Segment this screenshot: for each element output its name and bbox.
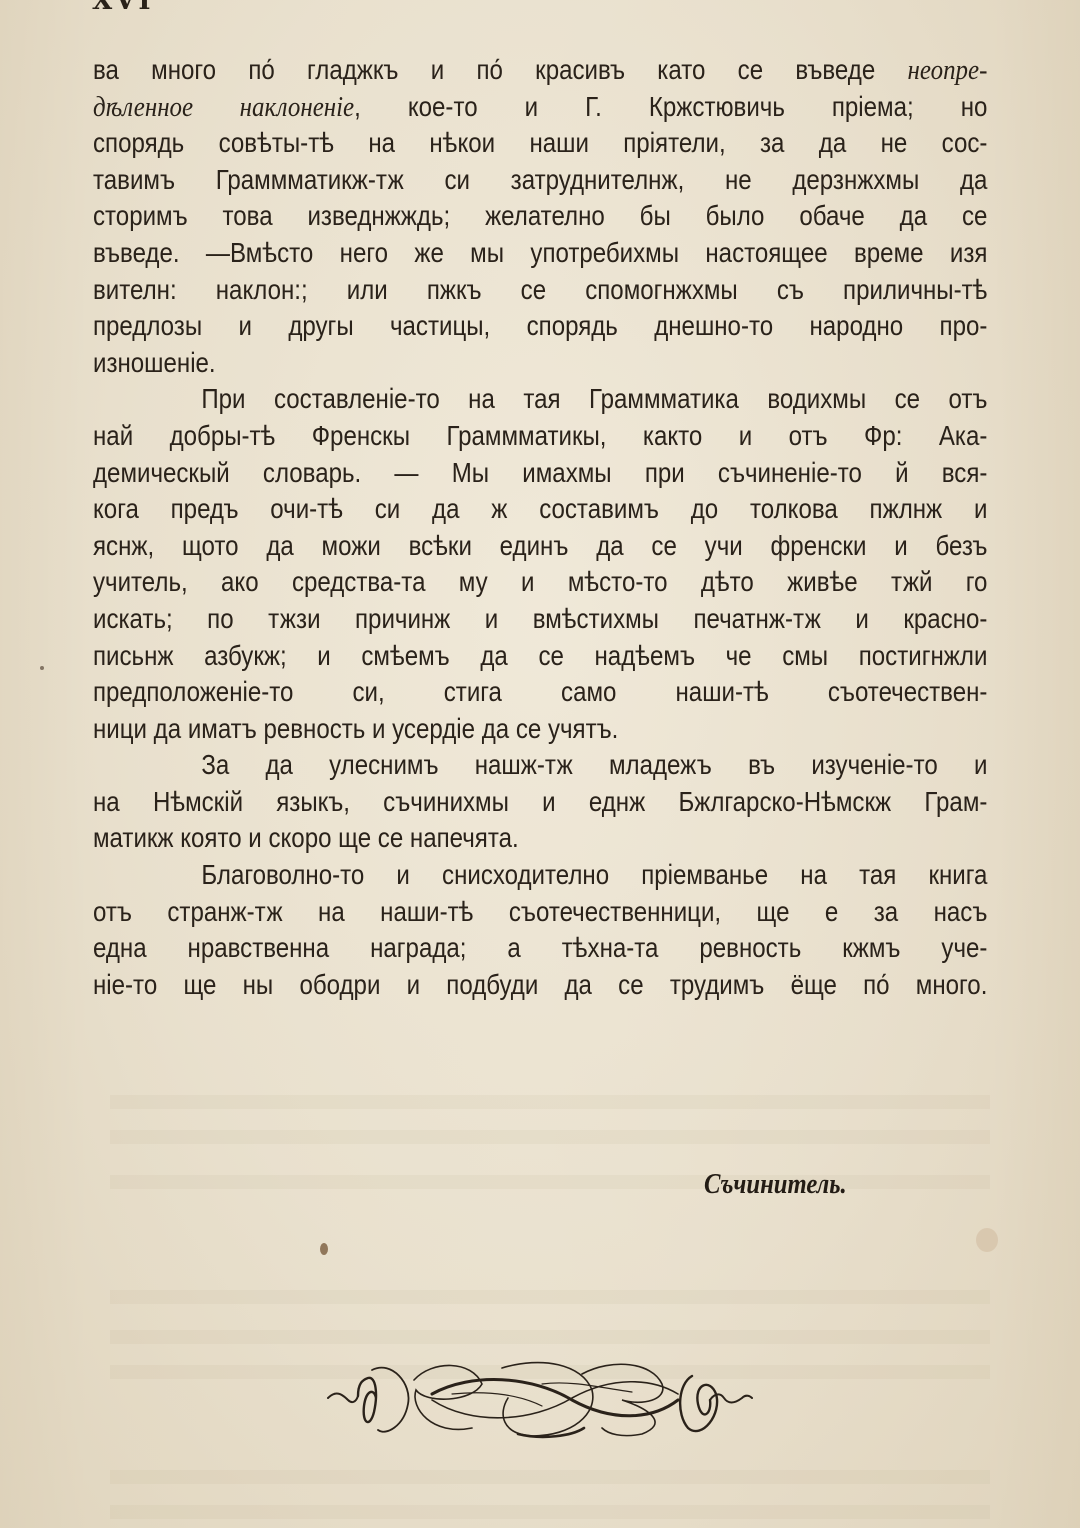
show-through-text	[110, 1330, 990, 1344]
paper-stain	[976, 1228, 998, 1252]
text-line: тавимъ Граммматикж-тж си затруднителнж, …	[93, 162, 987, 199]
show-through-text	[110, 1290, 990, 1304]
text-line: ва много по́ гладжкъ и по́ красивъ като …	[93, 52, 987, 89]
text-line: учитель, ако средства-та му и мѣсто-то д…	[93, 564, 987, 601]
preface-body-text: ва много по́ гладжкъ и по́ красивъ като …	[93, 52, 987, 1003]
text-line: предлозы и другы частицы, спорядь днешно…	[93, 308, 987, 345]
show-through-text	[110, 1130, 990, 1144]
book-page: XVI ва много по́ гладжкъ и по́ красивъ к…	[0, 0, 1080, 1528]
text-line: кога предъ очи-тѣ си да ж составимъ до т…	[93, 491, 987, 528]
show-through-text	[110, 1470, 990, 1484]
text-line: вителн: наклон:; или пжкъ се спомогнжхмы…	[93, 272, 987, 309]
author-signature: Съчинитель.	[704, 1168, 847, 1201]
text-line: За да улеснимъ нашж-тж младежъ въ изучен…	[93, 747, 987, 784]
show-through-text	[110, 1095, 990, 1109]
text-line: ници да иматъ ревность и усердіе да се у…	[93, 711, 987, 748]
text-line: искать; по тжзи причинж и вмѣстихмы печа…	[93, 601, 987, 638]
text-line: При составленіе-то на тая Граммматика во…	[93, 381, 987, 418]
decorative-scroll-flourish-icon	[322, 1354, 754, 1440]
text-line: демическый словарь. — Мы имахмы при съчи…	[93, 455, 987, 492]
text-line: една нравственна награда; а тѣхна-та рев…	[93, 930, 987, 967]
text-line: письнж азбукж; и смѣемъ да се надѣемъ че…	[93, 638, 987, 675]
paper-speck	[40, 666, 44, 670]
text-line: изношеніе.	[93, 345, 987, 382]
text-line: сторимъ това изведнжждь; желателно бы бы…	[93, 198, 987, 235]
paper-stain	[320, 1243, 328, 1255]
text-line: най добры-тѣ Френскы Граммматикы, както …	[93, 418, 987, 455]
text-line: на Нѣмскій языкъ, съчинихмы и еднж Бжлга…	[93, 784, 987, 821]
text-line: Благоволно-то и снисходително пріемванье…	[93, 857, 987, 894]
page-number: XVI	[92, 0, 154, 16]
text-line: матикж която и скоро ще се напечята.	[93, 820, 987, 857]
text-line: спорядь совѣты-тѣ на нѣкои наши пріятели…	[93, 125, 987, 162]
text-line: ніе-то ще ны ободри и подбуди да се труд…	[93, 967, 987, 1004]
text-line: яснж, щото да можи всѣки единъ да се учи…	[93, 528, 987, 565]
text-line: дѣленное наклоненіе, кое-то и Г. Кржстюв…	[93, 89, 987, 126]
show-through-text	[110, 1175, 990, 1189]
show-through-text	[110, 1505, 990, 1519]
text-line: отъ странж-тж на наши-тѣ съотечественниц…	[93, 894, 987, 931]
text-line: въведе. —Вмѣсто него же мы употребихмы н…	[93, 235, 987, 272]
text-line: предположеніе-то си, стига само наши-тѣ …	[93, 674, 987, 711]
